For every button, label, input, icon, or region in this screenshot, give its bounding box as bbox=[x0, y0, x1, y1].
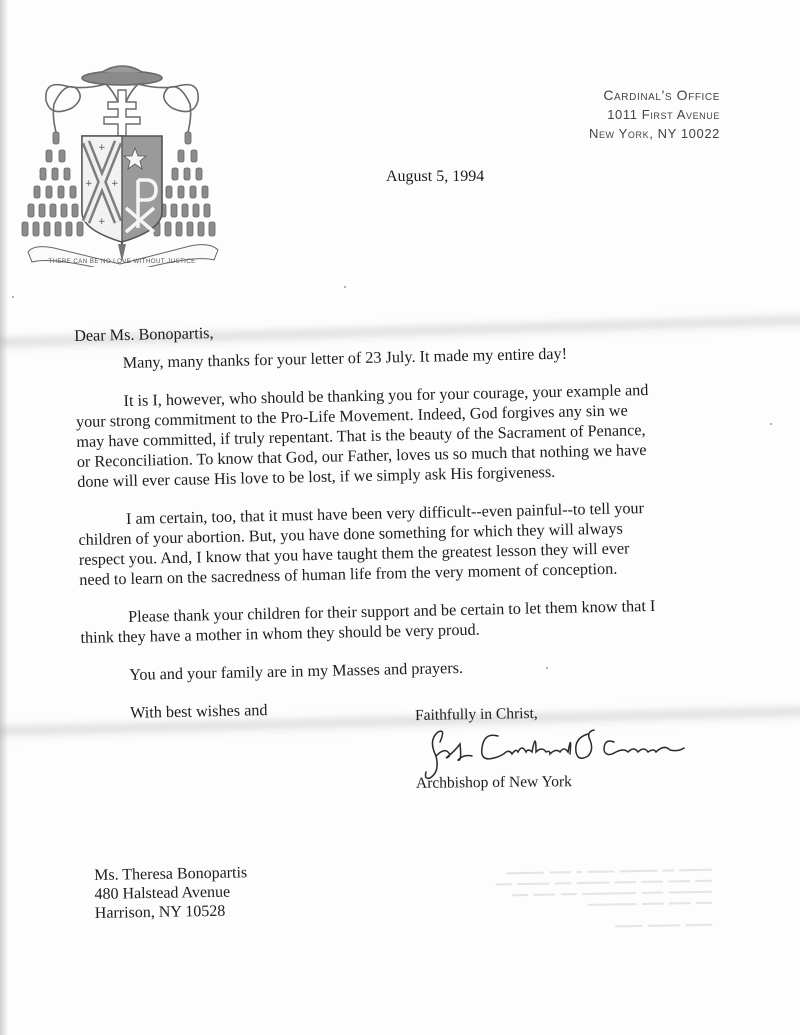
paragraph-line: Many, many thanks for your letter of 23 … bbox=[75, 340, 765, 374]
svg-text:+: + bbox=[98, 217, 106, 227]
coat-of-arms-icon: + + + + THERE CAN BE NO LOVE WITHOUT JUS… bbox=[14, 52, 229, 267]
body-paragraph: Please thank your children for their sup… bbox=[80, 593, 771, 647]
scan-speck bbox=[12, 296, 14, 298]
office-street: 1011 First Avenue bbox=[589, 105, 720, 124]
office-name: Cardinal's Office bbox=[589, 86, 720, 105]
show-through-texture: ▬▬▬▬▬▬ ▬▬ ▬▬▬▬▬▬▬ ▬▬▬▬▬ ▬ ▬▬▬▬ ▬▬▬▬▬▬▬ ▬… bbox=[261, 864, 712, 938]
paragraphs: Many, many thanks for your letter of 23 … bbox=[75, 340, 773, 724]
svg-text:THERE CAN BE NO LOVE WITHOUT J: THERE CAN BE NO LOVE WITHOUT JUSTICE bbox=[48, 258, 195, 265]
signer-title: Archbishop of New York bbox=[416, 773, 572, 793]
scan-speck bbox=[770, 423, 772, 425]
svg-text:+: + bbox=[85, 179, 93, 189]
scan-edge-shadow bbox=[0, 0, 8, 1035]
svg-text:+: + bbox=[111, 179, 119, 189]
scan-speck bbox=[546, 667, 548, 669]
body-paragraph: I am certain, too, that it must have bee… bbox=[78, 496, 770, 590]
body-paragraph: It is I, however, who should be thanking… bbox=[75, 378, 767, 492]
letter-date: August 5, 1994 bbox=[386, 168, 484, 186]
office-city: New York, NY 10022 bbox=[589, 124, 720, 143]
letter-body: Dear Ms. Bonopartis, Many, many thanks f… bbox=[74, 312, 773, 742]
letterhead-address: Cardinal's Office 1011 First Avenue New … bbox=[589, 86, 720, 143]
recipient-address: Ms. Theresa Bonopartis 480 Halstead Aven… bbox=[94, 863, 248, 923]
recipient-city: Harrison, NY 10528 bbox=[95, 901, 248, 923]
svg-text:+: + bbox=[98, 143, 106, 153]
body-paragraph: Many, many thanks for your letter of 23 … bbox=[75, 340, 765, 374]
scan-speck bbox=[344, 286, 346, 288]
paragraph-line: You and your family are in my Masses and… bbox=[81, 651, 771, 685]
body-paragraph: You and your family are in my Masses and… bbox=[81, 651, 771, 685]
letter-page: + + + + THERE CAN BE NO LOVE WITHOUT JUS… bbox=[0, 0, 800, 1035]
